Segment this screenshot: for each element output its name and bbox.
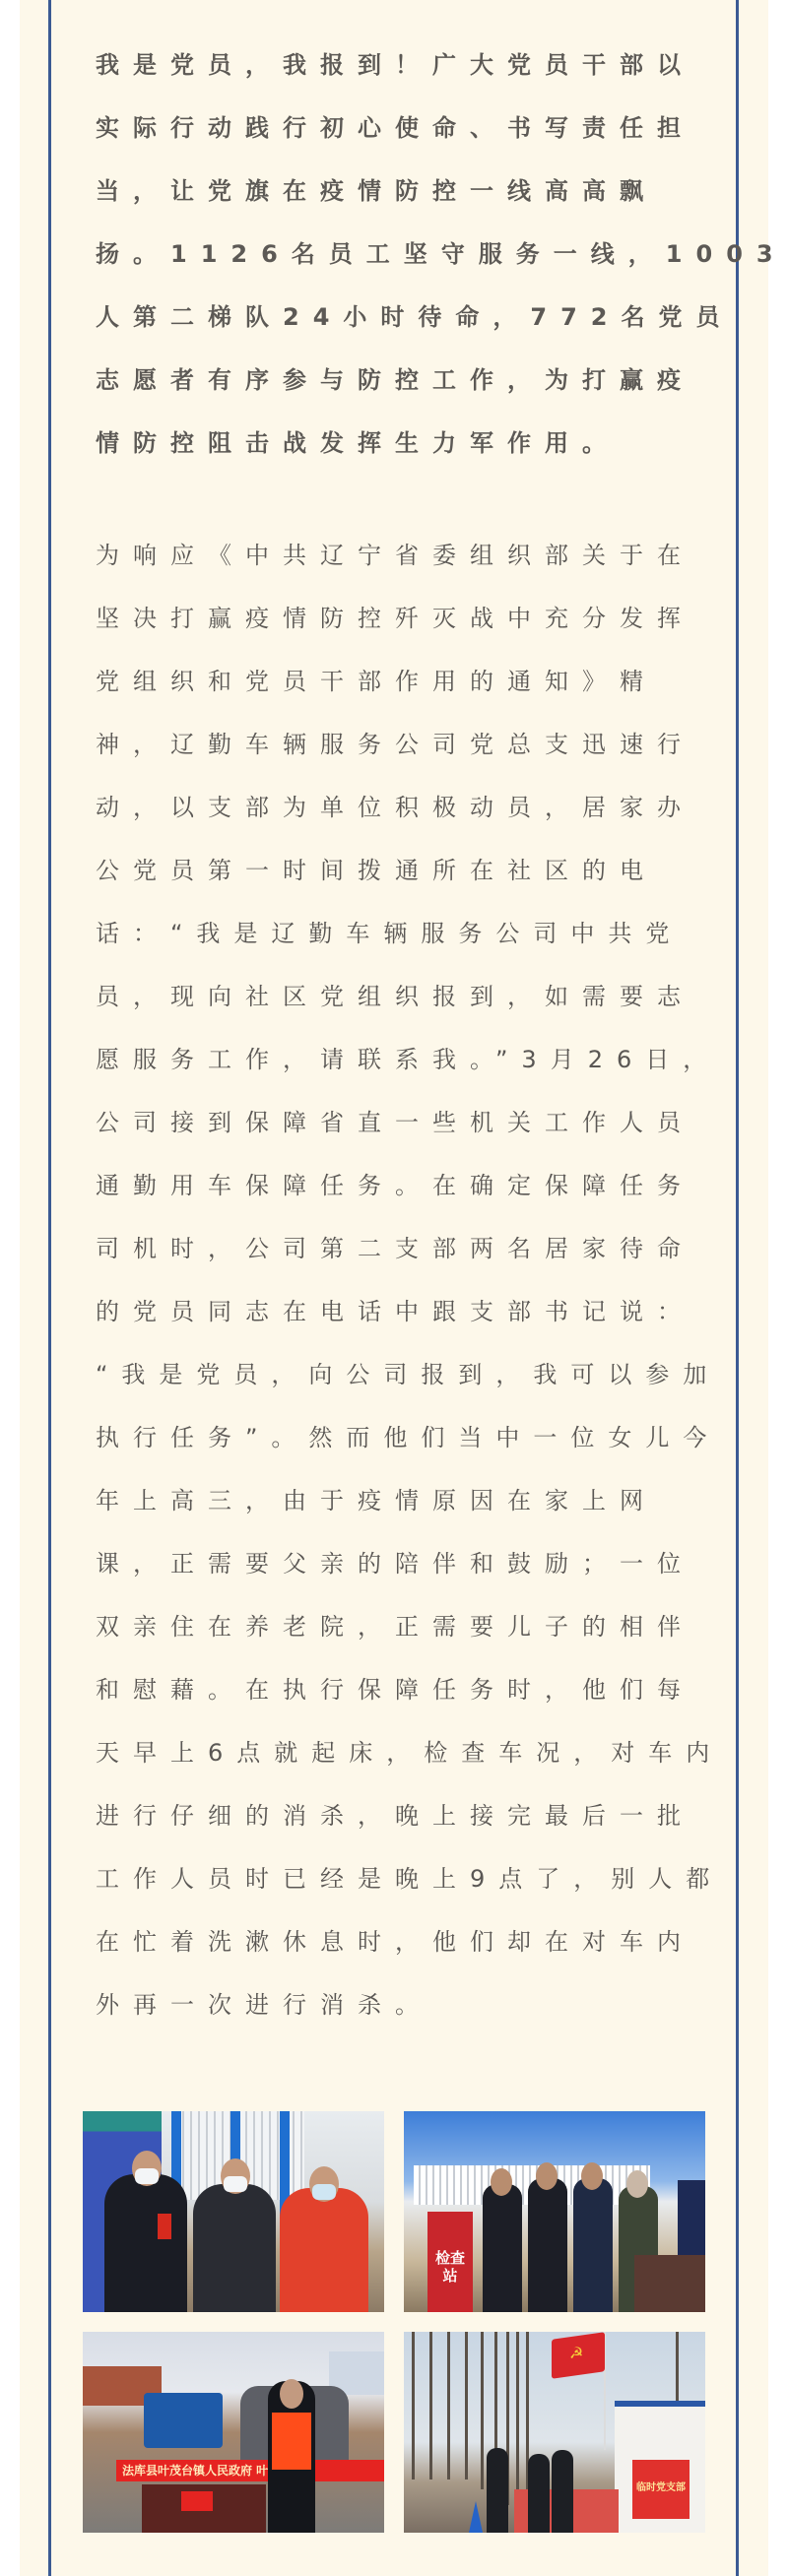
photo-volunteers-tent[interactable] [83,2111,384,2312]
body-line: 的党员同志在电话中跟支部书记说： [96,1280,723,1343]
body-line: 天早上6点就起床，检查车况，对车内 [96,1721,723,1784]
person-figure [104,2174,187,2312]
body-line: 在忙着洗漱休息时，他们却在对车内 [96,1910,723,1973]
armband [158,2214,171,2239]
lead-paragraph: 我是党员，我报到！广大党员干部以 实际行动践行初心使命、书写责任担 当，让党旗在… [96,33,787,475]
body-line: 司机时，公司第二支部两名居家待命 [96,1217,723,1280]
body-line: 为响应《中共辽宁省委组织部关于在 [96,524,723,587]
person-figure [528,2454,550,2533]
body-line: 双亲住在养老院，正需要儿子的相伴 [96,1595,723,1658]
body-line: 工作人员时已经是晚上9点了，别人都 [96,1847,723,1910]
hammer-sickle-icon: ☭ [569,2344,583,2362]
body-paragraph: 为响应《中共辽宁省委组织部关于在 坚决打赢疫情防控歼灭战中充分发挥 党组织和党员… [96,524,723,2036]
photo-checkpoint-men[interactable]: 检查站 [404,2111,705,2312]
photo-road-barrier[interactable]: 法库县叶茂台镇人民政府 叶 [83,2332,384,2533]
lead-line: 扬。1126名员工坚守服务一线，1003 [96,223,787,286]
body-line: 神，辽勤车辆服务公司党总支迅速行 [96,713,723,776]
person-figure [483,2184,522,2312]
body-line: 员，现向社区党组织报到，如需要志 [96,965,723,1028]
frame-border-left [48,0,51,2576]
body-line: 通勤用车保障任务。在确定保障任务 [96,1154,723,1217]
body-line: 进行仔细的消杀，晚上接完最后一批 [96,1784,723,1847]
body-line: 和慰藉。在执行保障任务时，他们每 [96,1658,723,1721]
photo-tree-road-flag[interactable]: ☭ 临时党支部 [404,2332,705,2533]
banner-label: 法库县叶茂台镇人民政府 叶 [116,2460,384,2481]
body-line: 执行任务”。然而他们当中一位女儿今 [96,1406,723,1469]
body-line: 动，以支部为单位积极动员，居家办 [96,776,723,839]
sign-label: 检查站 [435,2249,465,2285]
body-line: 话：“我是辽勤车辆服务公司中共党 [96,902,723,965]
body-line: 年上高三，由于疫情原因在家上网 [96,1469,723,1532]
lead-line: 实际行动践行初心使命、书写责任担 [96,97,787,160]
body-line: 党组织和党员干部作用的通知》精 [96,650,723,713]
body-line: 外再一次进行消杀。 [96,1973,723,2036]
lead-line: 情防控阻击战发挥生力军作用。 [96,412,787,475]
person-figure [573,2178,613,2312]
booth-board: 临时党支部 [632,2460,689,2519]
lead-line: 我是党员，我报到！广大党员干部以 [96,33,787,97]
person-figure [193,2184,276,2312]
lead-line: 志愿者有序参与防控工作，为打赢疫 [96,349,787,412]
traffic-cone [469,2501,483,2533]
lead-line: 人第二梯队24小时待命，772名党员 [96,286,787,349]
body-line: 公党员第一时间拨通所在社区的电 [96,839,723,902]
photo-grid: 检查站 法库县叶茂台镇人民政府 叶 [83,2111,705,2533]
person-figure [552,2450,573,2533]
person-figure [280,2188,368,2312]
body-line: 坚决打赢疫情防控歼灭战中充分发挥 [96,587,723,650]
lead-line: 当，让党旗在疫情防控一线高高飘 [96,160,787,223]
person-figure [528,2178,567,2312]
body-line: “我是党员，向公司报到，我可以参加 [96,1343,723,1406]
body-line: 课，正需要父亲的陪伴和鼓励；一位 [96,1532,723,1595]
body-line: 公司接到保障省直一些机关工作人员 [96,1091,723,1154]
person-figure [487,2448,508,2533]
body-line: 愿服务工作，请联系我。”3月26日， [96,1028,723,1091]
